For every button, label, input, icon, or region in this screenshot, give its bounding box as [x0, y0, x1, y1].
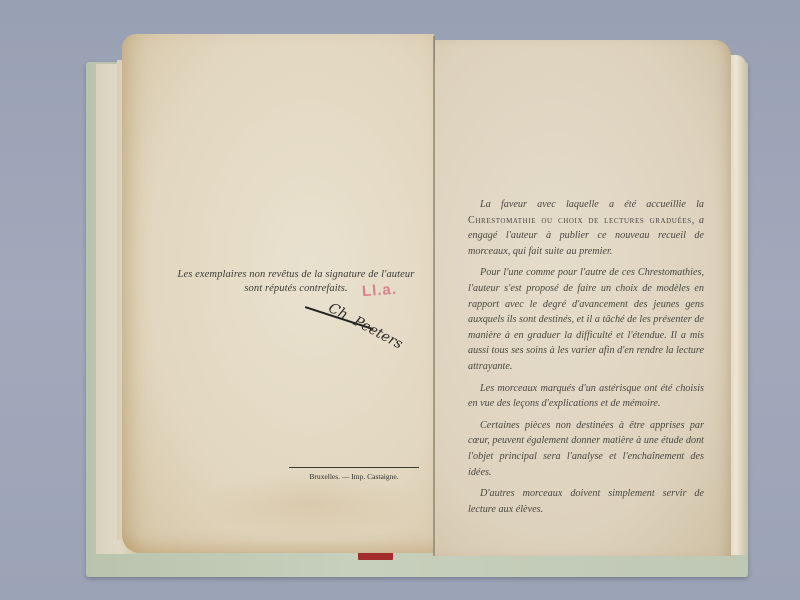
preface-paragraph: Certaines pièces non destinées à être ap…: [468, 418, 704, 480]
red-stamp: Ll.a.: [361, 281, 397, 300]
paragraph-lead: La faveur avec laquelle a été accueillie…: [480, 199, 704, 210]
preface-paragraph: Pour l'une comme pour l'autre de ces Chr…: [468, 265, 704, 374]
preface-paragraph: La faveur avec laquelle a été accueillie…: [468, 197, 704, 259]
printer-imprint: Bruxelles. — Imp. Castaigne.: [289, 472, 419, 481]
preface-text: La faveur avec laquelle a été accueillie…: [468, 197, 704, 523]
preface-paragraph: Les morceaux marqués d'un astérisque ont…: [468, 381, 704, 412]
imprint-rule: [289, 467, 419, 468]
book-title-smallcaps: Chrestomathie ou choix de lectures gradu…: [468, 215, 692, 226]
photo-scene: Les exemplaires non revêtus de la signat…: [0, 0, 800, 600]
notice-line-1: Les exemplaires non revêtus de la signat…: [160, 268, 432, 282]
book-gutter: [433, 36, 435, 556]
preface-paragraph: D'autres morceaux doivent simplement ser…: [468, 486, 704, 517]
